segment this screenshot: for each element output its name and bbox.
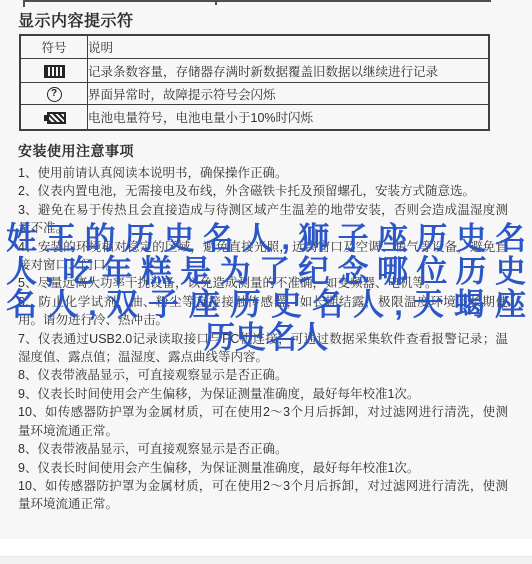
table-row: 电池电量符号，电池电量小于10%时闪烁 [20, 105, 489, 131]
symbol-column-header: 符号 [20, 35, 88, 59]
note-item: 10、如传感器防护罩为金属材质，可在使用2～3个月后拆卸，对过滤网进行清洗，使测… [18, 403, 508, 440]
fault-help-icon: ? [47, 87, 62, 102]
record-count-icon [44, 65, 65, 78]
install-notes-title: 安装使用注意事项 [18, 141, 134, 161]
note-item: 9、仪表长时间使用会产生偏移，为保证测量准确度，最好每年校准1次。 [18, 459, 508, 477]
table-header-row: 符号 说明 [20, 35, 489, 59]
note-item: 10、如传感器防护罩为金属材质，可在使用2～3个月后拆卸，对过滤网进行清洗，使测… [18, 477, 508, 514]
desc-column-header: 说明 [88, 35, 490, 59]
previous-table-bottom-edge [23, 0, 491, 2]
table-row: ? 界面异常时，故障提示符号会闪烁 [20, 83, 489, 105]
overlay-title-line: 人,吃年糕是为了纪念哪位历史 [6, 255, 526, 288]
overlay-title-line: 历史名人 [6, 321, 526, 354]
symbol-table: 符号 说明 记录条数容量，存储器存满时新数据覆盖旧数据以继续进行记录 ? 界面异… [19, 34, 490, 131]
bottom-gray-strip [0, 556, 532, 564]
note-item: 2、仪表内置电池，无需接电及布线，外含磁铁卡托及预留螺孔，安装方式随意选。 [18, 182, 508, 200]
note-item: 8、仪表带液晶显示，可直接观察显示是否正确。 [18, 366, 508, 384]
note-item: 8、仪表带液晶显示，可直接观察显示是否正确。 [18, 440, 508, 458]
symbol-cell: ? [20, 83, 88, 105]
previous-table-column-divider [215, 0, 217, 5]
overlay-title[interactable]: 姓王的历史名人,狮子座历史名 人,吃年糕是为了纪念哪位历史 名人,双子座历史名人… [0, 222, 532, 354]
overlay-title-line: 名人,双子座历史名人,天蝎座 [6, 288, 526, 321]
note-item: 9、仪表长时间使用会产生偏移，为保证测量准确度，最好每年校准1次。 [18, 385, 508, 403]
symbol-cell [20, 105, 88, 131]
note-item: 1、使用前请认真阅读本说明书，确保操作正确。 [18, 164, 508, 182]
symbol-cell [20, 59, 88, 83]
table-row: 记录条数容量，存储器存满时新数据覆盖旧数据以继续进行记录 [20, 59, 489, 83]
desc-cell: 电池电量符号，电池电量小于10%时闪烁 [88, 105, 490, 131]
overlay-title-line: 姓王的历史名人,狮子座历史名 [6, 222, 526, 255]
desc-cell: 界面异常时，故障提示符号会闪烁 [88, 83, 490, 105]
display-content-title: 显示内容提示符 [18, 8, 134, 31]
bottom-white-band [0, 539, 532, 556]
battery-icon [47, 112, 66, 124]
desc-cell: 记录条数容量，存储器存满时新数据覆盖旧数据以继续进行记录 [88, 59, 490, 83]
previous-table-left-border [23, 0, 25, 7]
